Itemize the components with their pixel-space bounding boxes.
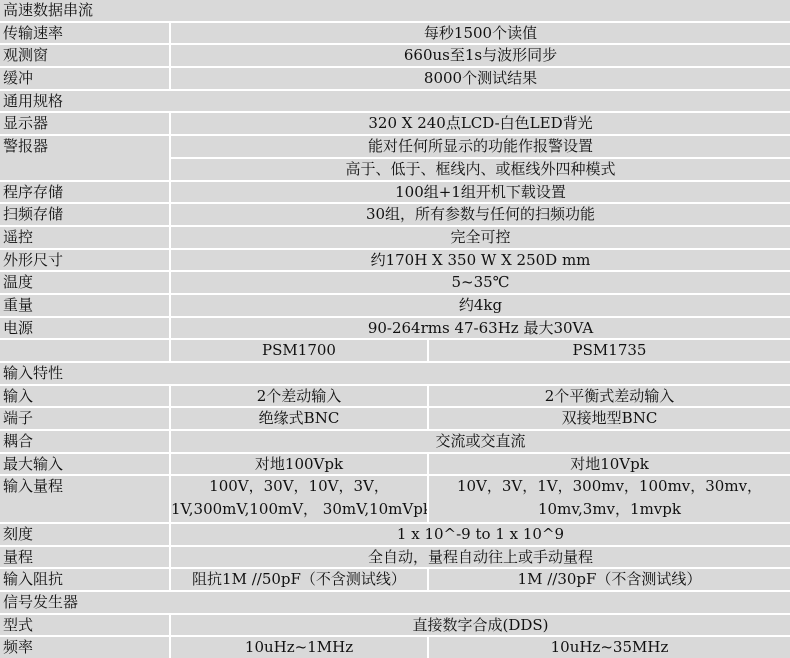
row-label: 刻度: [0, 524, 171, 547]
value-psm1735: 10uHz~35MHz: [429, 637, 790, 658]
row-value: 高于、低于、框线内、或框线外四种模式: [171, 159, 790, 182]
table-row: 温度 5~35℃: [0, 272, 790, 295]
row-label: 输入: [0, 386, 171, 409]
row-value: 全自动，量程自动往上或手动量程: [171, 547, 790, 570]
empty-cell: [0, 340, 171, 363]
range-line-2: 1V,300mV,100mV， 30mV,10mVpk: [171, 499, 427, 522]
table-row: 频率 10uHz~1MHz 10uHz~35MHz: [0, 637, 790, 658]
section-title-general: 通用规格: [0, 91, 790, 114]
table-row: 型式 直接数字合成(DDS): [0, 615, 790, 638]
table-row: 输入阻抗 阻抗1M //50pF（不含测试线） 1M //30pF（不含测试线）: [0, 569, 790, 592]
section-title-streaming: 高速数据串流: [0, 0, 790, 23]
row-label: 显示器: [0, 113, 171, 136]
value-psm1735: 双接地型BNC: [429, 408, 790, 431]
row-value: 每秒1500个读值: [171, 23, 790, 46]
row-label: 型式: [0, 615, 171, 638]
table-row: 显示器 320 X 240点LCD-白色LED背光: [0, 113, 790, 136]
row-value: 30组，所有参数与任何的扫频功能: [171, 204, 790, 227]
row-label: 遥控: [0, 227, 171, 250]
range-line-1: 10V，3V，1V，300mv，100mv，30mv，: [429, 476, 790, 499]
table-row: 缓冲 8000个测试结果: [0, 68, 790, 91]
value-psm1700: 10uHz~1MHz: [171, 637, 429, 658]
row-label: 温度: [0, 272, 171, 295]
range-line-2: 10mv,3mv，1mvpk: [429, 499, 790, 522]
row-label: 耦合: [0, 431, 171, 454]
table-row: 重量 约4kg: [0, 295, 790, 318]
model-psm1735: PSM1735: [429, 340, 790, 363]
row-value: 约170H X 350 W X 250D mm: [171, 250, 790, 273]
table-row: 端子 绝缘式BNC 双接地型BNC: [0, 408, 790, 431]
section-row-input: 输入特性: [0, 363, 790, 386]
table-row: 刻度 1 x 10^-9 to 1 x 10^9: [0, 524, 790, 547]
value-psm1700: 阻抗1M //50pF（不含测试线）: [171, 569, 429, 592]
table-row: 电源 90-264rms 47-63Hz 最大30VA: [0, 318, 790, 341]
row-label: 输入量程: [0, 476, 171, 523]
row-label: 外形尺寸: [0, 250, 171, 273]
row-label: 输入阻抗: [0, 569, 171, 592]
row-value: 1 x 10^-9 to 1 x 10^9: [171, 524, 790, 547]
row-value: 320 X 240点LCD-白色LED背光: [171, 113, 790, 136]
value-psm1700: 2个差动输入: [171, 386, 429, 409]
range-line-1: 100V，30V，10V，3V，: [171, 476, 427, 499]
row-value: 约4kg: [171, 295, 790, 318]
row-label: 频率: [0, 637, 171, 658]
section-row-general: 通用规格: [0, 91, 790, 114]
row-value: 90-264rms 47-63Hz 最大30VA: [171, 318, 790, 341]
table-row: 传输速率 每秒1500个读值: [0, 23, 790, 46]
row-value: 能对任何所显示的功能作报警设置: [171, 136, 790, 159]
table-row: 输入量程 100V，30V，10V，3V， 1V,300mV,100mV， 30…: [0, 476, 790, 523]
row-label: 电源: [0, 318, 171, 341]
value-psm1700: 对地100Vpk: [171, 454, 429, 477]
row-label: 缓冲: [0, 68, 171, 91]
value-psm1735: 2个平衡式差动输入: [429, 386, 790, 409]
row-value: 100组+1组开机下载设置: [171, 182, 790, 205]
table-row: 外形尺寸 约170H X 350 W X 250D mm: [0, 250, 790, 273]
model-header-row: PSM1700 PSM1735: [0, 340, 790, 363]
row-label: 端子: [0, 408, 171, 431]
table-row: 警报器 能对任何所显示的功能作报警设置: [0, 136, 790, 159]
value-psm1700: 绝缘式BNC: [171, 408, 429, 431]
table-row: 遥控 完全可控: [0, 227, 790, 250]
model-psm1700: PSM1700: [171, 340, 429, 363]
row-label: 重量: [0, 295, 171, 318]
row-label: 量程: [0, 547, 171, 570]
row-value: 5~35℃: [171, 272, 790, 295]
table-row: 观测窗 660us至1s与波形同步: [0, 45, 790, 68]
table-row: 耦合 交流或交直流: [0, 431, 790, 454]
section-row-generator: 信号发生器: [0, 592, 790, 615]
value-psm1735: 10V，3V，1V，300mv，100mv，30mv， 10mv,3mv，1mv…: [429, 476, 790, 523]
table-row: 最大输入 对地100Vpk 对地10Vpk: [0, 454, 790, 477]
row-label: 程序存储: [0, 182, 171, 205]
section-row-streaming: 高速数据串流: [0, 0, 790, 23]
row-label: 传输速率: [0, 23, 171, 46]
row-value: 8000个测试结果: [171, 68, 790, 91]
spec-table: 高速数据串流 传输速率 每秒1500个读值 观测窗 660us至1s与波形同步 …: [0, 0, 790, 658]
table-row: 程序存储 100组+1组开机下载设置: [0, 182, 790, 205]
row-value: 直接数字合成(DDS): [171, 615, 790, 638]
row-value: 660us至1s与波形同步: [171, 45, 790, 68]
value-psm1700: 100V，30V，10V，3V， 1V,300mV,100mV， 30mV,10…: [171, 476, 429, 523]
value-psm1735: 对地10Vpk: [429, 454, 790, 477]
section-title-generator: 信号发生器: [0, 592, 790, 615]
table-row: 扫频存储 30组，所有参数与任何的扫频功能: [0, 204, 790, 227]
row-value: 交流或交直流: [171, 431, 790, 454]
value-psm1735: 1M //30pF（不含测试线）: [429, 569, 790, 592]
row-label: 观测窗: [0, 45, 171, 68]
table-row: 量程 全自动，量程自动往上或手动量程: [0, 547, 790, 570]
row-label: 警报器: [0, 136, 171, 181]
row-label: 扫频存储: [0, 204, 171, 227]
section-title-input: 输入特性: [0, 363, 790, 386]
row-value: 完全可控: [171, 227, 790, 250]
row-label: 最大输入: [0, 454, 171, 477]
table-row: 输入 2个差动输入 2个平衡式差动输入: [0, 386, 790, 409]
